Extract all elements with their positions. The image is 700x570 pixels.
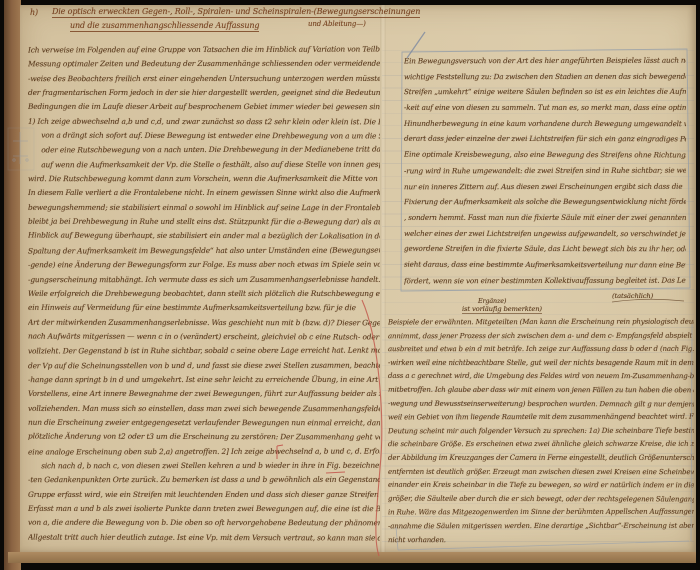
handwritten-line: Ich verweise im Folgenden auf eine Grupp… <box>28 43 380 58</box>
handwritten-line: -keit auf eine von diesen zu sammeln. Tu… <box>404 100 686 116</box>
handwritten-line: Fixierung der Aufmerksamkeit als solche … <box>404 194 686 210</box>
manuscript-scan: h) Die optisch erweckten Gegen-, Roll-, … <box>0 0 700 570</box>
handwritten-line: Art der mitwirkenden Zusammenhangserlebn… <box>28 315 380 330</box>
handwritten-line: derart dass jeder einzelne der zwei Lich… <box>404 131 686 147</box>
handwritten-line: -wegung und Bewusstseinserweiterung) bes… <box>388 397 694 411</box>
title-line-1: Die optisch erweckten Gegen-, Roll-, Spi… <box>52 7 420 18</box>
handwritten-line: wichtige Feststellung zu: Da zwischen de… <box>404 68 686 84</box>
handwritten-line: welcher eines der zwei Lichtstreifen ung… <box>404 225 686 241</box>
title-side-note: und Ableitung—) <box>308 20 366 28</box>
handwritten-line: Erfasst man a und b als zwei isolierte P… <box>28 502 380 517</box>
handwritten-line: Beispiele der erwähnten. Mitgeteilten (M… <box>388 316 694 330</box>
handwritten-line: eine analoge Erscheinung oben sub 2,a) a… <box>28 444 380 459</box>
handwritten-line: von a drängt sich sofort auf. Diese Bewe… <box>28 129 380 144</box>
bottom-note-heading-small: Ergänze) <box>478 297 506 305</box>
handwritten-line: weil ein Gebiet von ihm liegende Raumtei… <box>388 411 694 425</box>
handwritten-line: -annahme die Säulen mitgerissen werden. … <box>388 520 694 534</box>
handwritten-line: -gungserscheinung mitabhängt. Ich vermut… <box>28 272 380 287</box>
handwritten-line: entfernten ist deutlich größer. Erzeugt … <box>388 465 694 479</box>
title-prefix: h) <box>30 8 38 17</box>
handwritten-line: einander ein Kreis scheinbar in die Tief… <box>388 479 694 493</box>
handwritten-line: Bedingungen die im Laufe dieser Arbeit a… <box>28 100 380 115</box>
handwritten-line: in Ruhe. Wäre das Mitgezogenwerden im Si… <box>388 506 694 520</box>
handwritten-line: mitbetroffen. Ich glaube aber dass wir m… <box>388 384 694 398</box>
handwritten-line: -gende) eine Änderung der Bewegungsform … <box>28 258 380 273</box>
handwritten-line: der Abbildung im Kreuzganges der Camera … <box>388 452 694 466</box>
handwritten-line: plötzliche Änderung von t2 oder t3 um di… <box>28 430 380 445</box>
handwritten-line: ein Hinweis auf Vermeidung für eine best… <box>28 301 380 316</box>
handwritten-line: nicht vorhanden. <box>388 533 694 547</box>
handwritten-line: vollziehenden. Man muss sich so einstell… <box>28 401 380 416</box>
handwritten-line: größer, die Säulteile aber durch die er … <box>388 492 694 506</box>
handwritten-line: sich nach d, b nach c, von diesen zwei S… <box>28 459 380 474</box>
handwritten-line: Spaltung der Aufmerksamkeit im Bewegungs… <box>28 243 380 258</box>
handwritten-line: dass a c gerechnet wird, die Umgebung de… <box>388 370 694 384</box>
handwritten-line: Gruppe erfasst wird, wie ein Streifen mi… <box>28 488 380 502</box>
handwritten-line: gewordene Streifen in die fixierte Säule… <box>404 241 686 257</box>
handwritten-line: -wirken weil eine nichtbeachtbare Stelle… <box>388 357 694 371</box>
title-line-2: und die zusammenhangschliessende Auffass… <box>70 21 259 32</box>
handwritten-line: vollzieht. Der Gegenstand b ist in Ruhe … <box>28 344 380 359</box>
handwritten-line: fördert, wenn sie von einer bestimmten K… <box>404 272 686 288</box>
handwritten-line: Eine optimale Kreisbewegung, also eine B… <box>404 147 686 163</box>
handwritten-line: von a, die andere die Bewegung von b. Di… <box>28 516 380 531</box>
handwritten-line: -rung wird in Ruhe umgewandelt: die zwei… <box>404 162 686 178</box>
handwritten-line: -hange dann springt b in d und umgekehrt… <box>28 373 380 388</box>
handwritten-line: auf wenn die Aufmerksamkeit der Vp. die … <box>28 157 380 172</box>
handwritten-line: Deutung scheint mir auch folgender Versu… <box>388 424 694 438</box>
handwritten-line: Hinblick auf Bewegung überhaupt, sie sta… <box>28 229 380 244</box>
handwritten-line: -weise des Beobachters freilich erst ein… <box>28 72 380 87</box>
handwritten-line: In diesem Falle verliert a die Frontaleb… <box>28 186 380 200</box>
handwritten-line: Messung optimaler Zeiten und Bedeutung d… <box>28 57 380 72</box>
mount-bottom-edge <box>8 552 696 563</box>
handwritten-line: , sondern hemmt. Fasst man nun die fixie… <box>404 210 686 226</box>
boxed-note-footnote: (tatsächlich) <box>612 292 653 300</box>
handwritten-line: Hinundherbewegung in eine kaum vorhanden… <box>404 116 686 132</box>
bottom-right-note: Beispiele der erwähnten. Mitgeteilten (M… <box>388 316 694 547</box>
handwritten-line: -ten Gedankenpunkten Orte zurück. Zu bem… <box>28 473 380 488</box>
book-spine-edge <box>4 0 21 570</box>
handwritten-line: oder eine Rutschbewegung von a nach unte… <box>28 143 380 158</box>
handwritten-line: bewegungshemmend; sie stabilisiert einma… <box>28 201 380 216</box>
handwritten-line: der fragmentarischen Form jedoch in der … <box>28 86 380 100</box>
handwritten-line: sieht daraus, dass eine bestimmte Aufmer… <box>404 257 686 273</box>
top-right-boxed-note: Ein Bewegungsversuch von der Art des hie… <box>404 53 686 291</box>
handwritten-line: der Vp auf die Scheinungsstellen von b u… <box>28 358 380 373</box>
handwritten-line: Allgestalt tritt auch hier deutlich zuta… <box>28 530 380 545</box>
handwritten-line: Weile erfolgreich die Drehbewegung beoba… <box>28 287 380 301</box>
handwritten-line: nach Aufwärts mitgerissen — wenn c in o … <box>28 329 380 344</box>
page-fold-crease <box>380 5 386 552</box>
handwritten-line: nur ein inneres Zittern auf. Aus diesen … <box>404 178 686 194</box>
handwritten-line: Vorstellens, eine Art innere Bewegnahme … <box>28 387 380 401</box>
handwritten-line: bleibt ja bei Drehbewegung in Ruhe und s… <box>28 215 380 230</box>
bottom-note-heading: ist vorläufig bemerkten) <box>462 305 542 314</box>
handwritten-line: nun die Erscheinung zweier entgegengeset… <box>28 416 380 431</box>
handwritten-line: die scheinbare Größe. Es erscheinen etwa… <box>388 438 694 452</box>
handwritten-line: annimmt, dass jener Prozess der sich zwi… <box>388 329 694 343</box>
handwritten-line: Streifen „umkehrt“ einige weitere Säulen… <box>404 84 686 100</box>
handwritten-line: wird. Die Rutschbewegung kommt dann zum … <box>28 172 380 187</box>
handwritten-line: 1) Ich zeige abwechselnd a,b und c,d, un… <box>28 114 380 129</box>
handwritten-line: Ein Bewegungsversuch von der Art des hie… <box>404 53 686 69</box>
left-column-text: Ich verweise im Folgenden auf eine Grupp… <box>28 43 380 545</box>
handwritten-line: ausbreitet und etwa b ein d mit beträfe.… <box>388 343 694 357</box>
